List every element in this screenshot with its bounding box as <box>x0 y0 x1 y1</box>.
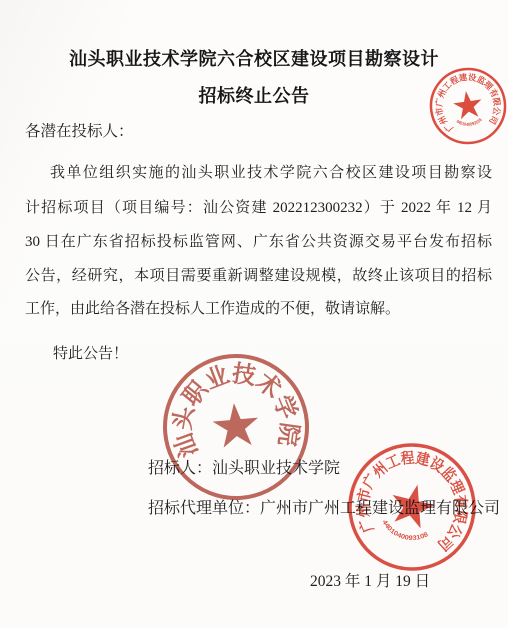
announcement-document: 汕头职业技术学院六合校区建设项目勘察设计 招标终止公告 各潜在投标人： 我单位组… <box>0 0 508 628</box>
agency-seal-number: 4401040093108 <box>377 518 431 547</box>
svg-text:4401040093108: 4401040093108 <box>455 115 484 129</box>
document-title-line2: 招标终止公告 <box>0 82 508 108</box>
body-line-2: 计招标项目（项目编号：汕公资建 202212300232）于 2022 年 12… <box>25 198 492 218</box>
school-seal-stamp-icon: 汕头职业技术学院 <box>151 342 321 512</box>
svg-text:汕头职业技术学院: 汕头职业技术学院 <box>164 355 306 462</box>
body-line-4: 公告，经研究，本项目需要重新调整建设规模，故终止该项目的招标 <box>25 266 492 286</box>
school-seal-star-icon <box>211 401 260 448</box>
salutation: 各潜在投标人： <box>25 119 134 141</box>
document-date: 2023 年 1 月 19 日 <box>310 569 430 591</box>
closing-statement: 特此公告！ <box>53 342 128 363</box>
school-seal-text: 汕头职业技术学院 <box>164 355 306 462</box>
agency-line: 招标代理单位：广州市广州工程建设监理有限公司 <box>148 495 500 518</box>
svg-text:4401040093108: 4401040093108 <box>377 518 431 547</box>
agency-seal-small-number: 4401040093108 <box>455 115 484 129</box>
tenderer-line: 招标人：汕头职业技术学院 <box>148 455 340 478</box>
document-title-line1: 汕头职业技术学院六合校区建设项目勘察设计 <box>0 45 508 71</box>
body-line-3: 30 日在广东省招标投标监管网、广东省公共资源交易平台发布招标 <box>25 232 492 252</box>
body-line-5: 工作，由此给各潜在投标人工作造成的不便，敬请谅解。 <box>25 299 492 319</box>
body-line-1: 我单位组织实施的汕头职业技术学院六合校区建设项目勘察设 <box>25 163 492 183</box>
